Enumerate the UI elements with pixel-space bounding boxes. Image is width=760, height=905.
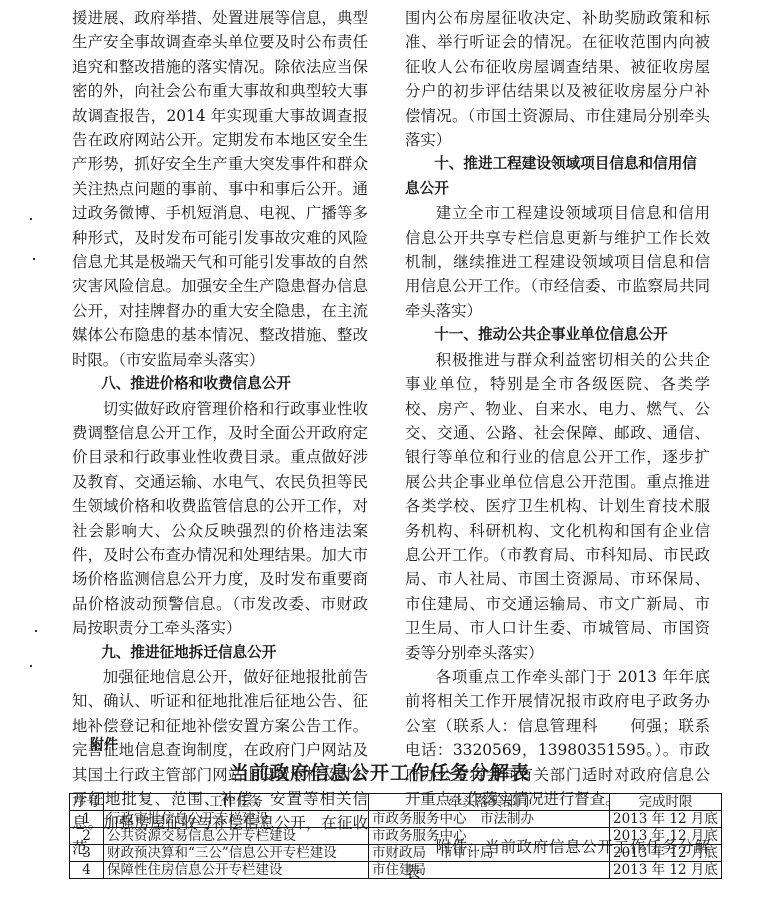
cell-task: 行政审批信息公开专栏建设 [104, 811, 369, 828]
cell-deadline: 2013 年 12 月底 [610, 811, 722, 828]
section-heading-8: 八、推进价格和收费信息公开 [72, 372, 368, 396]
cell-task: 公共资源交易信息公开专栏建设 [104, 828, 369, 845]
table-row: 1 行政审批信息公开专栏建设 市政务服务中心 市法制办 2013 年 12 月底 [70, 811, 722, 828]
header-task: 工作任务 [104, 794, 369, 811]
left-text-column: 援进展、政府举措、处置进展等信息，典型生产安全事故调查牵头单位要及时公布责任追究… [72, 6, 368, 860]
cell-deadline: 2013 年 12 月底 [610, 828, 722, 845]
table-row: 3 财政预决算和“三公”信息公开专栏建设 市财政局 市审计局 2013 年 12… [70, 845, 722, 862]
cell-no: 2 [70, 828, 104, 845]
right-text-column: 围内公布房屋征收决定、补助奖励政策和标准、举行听证会的情况。在征收范围内向被征收… [405, 6, 710, 884]
header-deadline: 完成时限 [610, 794, 722, 811]
cell-dept: 市财政局 市审计局 [369, 845, 610, 862]
table-header-row: 序号 工作任务 牵头落实部门 完成时限 [70, 794, 722, 811]
paragraph-reporting-contact: 各项重点工作牵头部门于 2013 年年底前将相关工作开展情况报市政府电子政务办公… [405, 665, 710, 811]
section-heading-11: 十一、推动公共企事业单位信息公开 [405, 323, 710, 347]
cell-deadline: 2013 年 12 月底 [610, 845, 722, 862]
paragraph-price-fees: 切实做好政府管理价格和行政事业性收费调整信息公开工作，及时全面公开政府定价目录和… [72, 397, 368, 641]
task-breakdown-table: 序号 工作任务 牵头落实部门 完成时限 1 行政审批信息公开专栏建设 市政务服务… [69, 793, 722, 879]
cell-deadline: 2013 年 12 月底 [610, 862, 722, 879]
paragraph-construction-projects: 建立全市工程建设领域项目信息和信用信息公开共享专栏信息更新与维护工作长效机制，继… [405, 201, 710, 323]
header-dept: 牵头落实部门 [369, 794, 610, 811]
scan-speck [33, 258, 35, 260]
cell-dept: 市政务服务中心 市法制办 [369, 811, 610, 828]
cell-dept: 市住建局 [369, 862, 610, 879]
cell-task: 保障性住房信息公开专栏建设 [104, 862, 369, 879]
header-no: 序号 [70, 794, 104, 811]
cell-no: 4 [70, 862, 104, 879]
table-row: 4 保障性住房信息公开专栏建设 市住建局 2013 年 12 月底 [70, 862, 722, 879]
scan-speck [30, 218, 32, 220]
table-row: 2 公共资源交易信息公开专栏建设 市政务服务中心 2013 年 12 月底 [70, 828, 722, 845]
scan-speck [30, 665, 32, 667]
attachment-label: 附件 [90, 734, 118, 754]
cell-task: 财政预决算和“三公”信息公开专栏建设 [104, 845, 369, 862]
section-heading-9: 九、推进征地拆迁信息公开 [72, 641, 368, 665]
paragraph-safety-disclosure: 援进展、政府举措、处置进展等信息，典型生产安全事故调查牵头单位要及时公布责任追究… [72, 6, 368, 372]
table-title: 当前政府信息公开工作任务分解表 [0, 758, 760, 785]
cell-no: 3 [70, 845, 104, 862]
section-heading-10: 十、推进工程建设领域项目信息和信用信息公开 [405, 152, 710, 201]
scan-speck [35, 630, 37, 632]
cell-dept: 市政务服务中心 [369, 828, 610, 845]
paragraph-public-institutions: 积极推进与群众利益密切相关的公共企事业单位，特别是全市各级医院、各类学校、房产、… [405, 348, 710, 665]
paragraph-housing-expropriation: 围内公布房屋征收决定、补助奖励政策和标准、举行听证会的情况。在征收范围内向被征收… [405, 6, 710, 152]
cell-no: 1 [70, 811, 104, 828]
